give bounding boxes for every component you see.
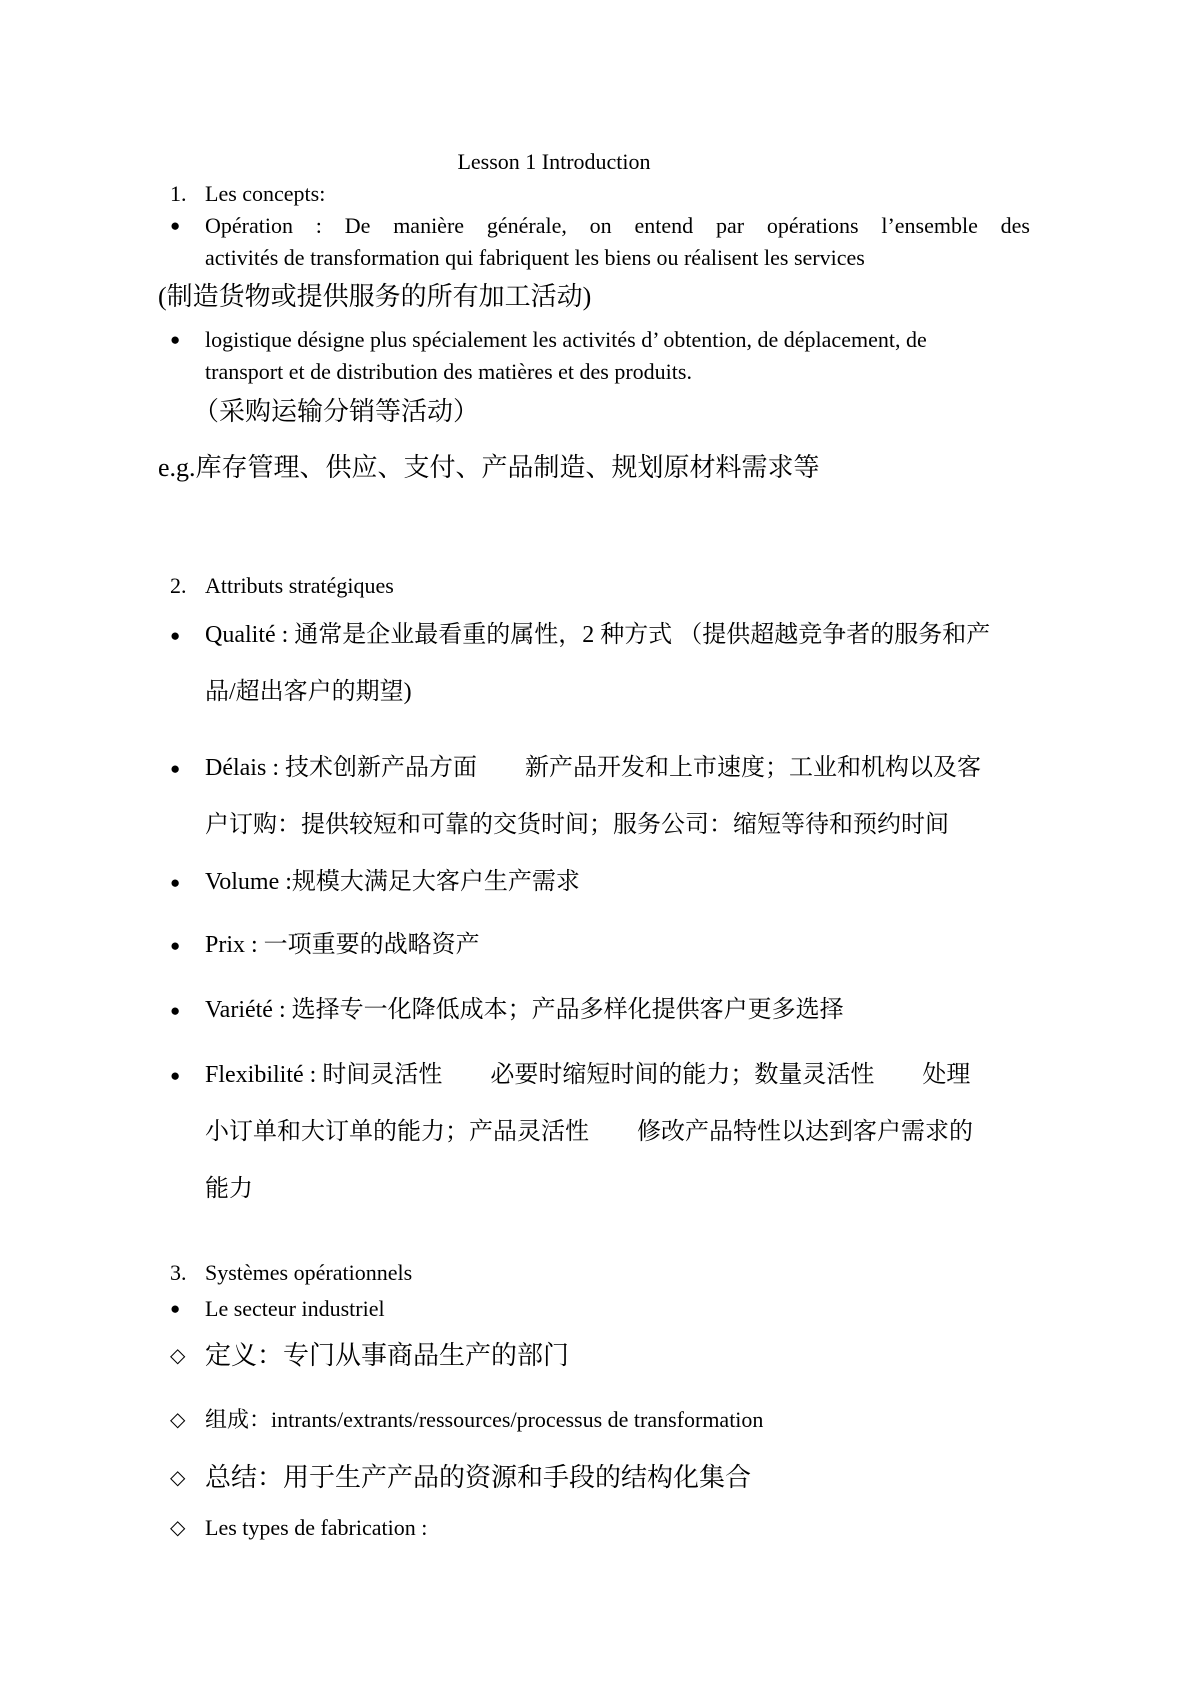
bullet-item-delais: ● Délais : 技术创新产品方面 新产品开发和上市速度；工业和机构以及客 … — [170, 740, 1030, 854]
text-line: Le secteur industriel — [205, 1293, 1030, 1325]
diamond-item-definition: ◇ 定义：专门从事商品生产的部门 — [170, 1340, 1030, 1372]
bullet-icon: ● — [170, 607, 205, 664]
bullet-item-flexibilite: ● Flexibilité : 时间灵活性 必要时缩短时间的能力；数量灵活性 处… — [170, 1047, 1030, 1218]
text-line: 能力 — [205, 1161, 1030, 1218]
diamond-item-types-fabrication: ◇ Les types de fabrication : — [170, 1512, 1030, 1544]
bullet-icon: ● — [170, 854, 205, 911]
text-line: Prix : 一项重要的战略资产 — [205, 917, 1030, 974]
para-example-line: e.g.库存管理、供应、支付、产品制造、规划原材料需求等 — [158, 452, 1030, 484]
diamond-icon: ◇ — [170, 1462, 205, 1494]
numbered-item-attributs-strategiques: 2. Attributs stratégiques — [170, 570, 1030, 602]
para-manufacturing-note: (制造货物或提供服务的所有加工活动) — [158, 281, 1030, 313]
text-line: Systèmes opérationnels — [205, 1257, 1030, 1289]
text-line: transport et de distribution des matière… — [205, 356, 1030, 388]
diamond-icon: ◇ — [170, 1512, 205, 1544]
text-line: 组成：intrants/extrants/ressources/processu… — [205, 1404, 1030, 1436]
diamond-icon: ◇ — [170, 1404, 205, 1436]
bullet-icon: ● — [170, 324, 205, 356]
bullet-icon: ● — [170, 982, 205, 1039]
text-line: 户订购：提供较短和可靠的交货时间；服务公司：缩短等待和预约时间 — [205, 797, 1030, 854]
diamond-item-summary: ◇ 总结：用于生产产品的资源和手段的结构化集合 — [170, 1462, 1030, 1494]
number-label: 3. — [170, 1257, 205, 1289]
number-label: 1. — [170, 178, 205, 210]
text-line: Les types de fabrication : — [205, 1512, 1030, 1544]
document-page: Lesson 1 Introduction 1. Les concepts: ●… — [0, 0, 1200, 1698]
text-line: Attributs stratégiques — [205, 570, 1030, 602]
numbered-item-les-concepts: 1. Les concepts: — [170, 178, 1030, 210]
para-procurement-note: （采购运输分销等活动） — [193, 396, 1030, 428]
text-line: Les concepts: — [205, 178, 1030, 210]
text-line: activités de transformation qui fabrique… — [205, 242, 1030, 274]
document-title: Lesson 1 Introduction — [158, 146, 950, 178]
bullet-icon: ● — [170, 917, 205, 974]
text-line: Opération : De manière générale, on ente… — [205, 210, 1030, 242]
bullet-item-operation: ● Opération : De manière générale, on en… — [170, 210, 1030, 274]
text-line: Variété : 选择专一化降低成本；产品多样化提供客户更多选择 — [205, 982, 1030, 1039]
bullet-item-qualite: ● Qualité : 通常是企业最看重的属性，2 种方式 （提供超越竞争者的服… — [170, 607, 1030, 721]
diamond-item-composition: ◇ 组成：intrants/extrants/ressources/proces… — [170, 1404, 1030, 1436]
bullet-icon: ● — [170, 740, 205, 797]
numbered-item-systemes-operationnels: 3. Systèmes opérationnels — [170, 1257, 1030, 1289]
diamond-icon: ◇ — [170, 1340, 205, 1372]
bullet-icon: ● — [170, 1293, 205, 1325]
text-line: 定义：专门从事商品生产的部门 — [205, 1340, 1030, 1372]
bullet-icon: ● — [170, 210, 205, 242]
bullet-item-volume: ● Volume :规模大满足大客户生产需求 — [170, 854, 1030, 911]
bullet-item-logistique: ● logistique désigne plus spécialement l… — [170, 324, 1030, 388]
text-line: Flexibilité : 时间灵活性 必要时缩短时间的能力；数量灵活性 处理 — [205, 1047, 1030, 1104]
bullet-icon: ● — [170, 1047, 205, 1104]
bullet-item-secteur-industriel: ● Le secteur industriel — [170, 1293, 1030, 1325]
number-label: 2. — [170, 570, 205, 602]
text-line: Volume :规模大满足大客户生产需求 — [205, 854, 1030, 911]
bullet-item-variete: ● Variété : 选择专一化降低成本；产品多样化提供客户更多选择 — [170, 982, 1030, 1039]
text-line: Qualité : 通常是企业最看重的属性，2 种方式 （提供超越竞争者的服务和… — [205, 607, 1030, 664]
bullet-item-prix: ● Prix : 一项重要的战略资产 — [170, 917, 1030, 974]
text-line: 总结：用于生产产品的资源和手段的结构化集合 — [205, 1462, 1030, 1494]
text-line: logistique désigne plus spécialement les… — [205, 324, 1030, 356]
text-line: 品/超出客户的期望) — [205, 664, 1030, 721]
text-line: 小订单和大订单的能力；产品灵活性 修改产品特性以达到客户需求的 — [205, 1104, 1030, 1161]
text-line: Délais : 技术创新产品方面 新产品开发和上市速度；工业和机构以及客 — [205, 740, 1030, 797]
